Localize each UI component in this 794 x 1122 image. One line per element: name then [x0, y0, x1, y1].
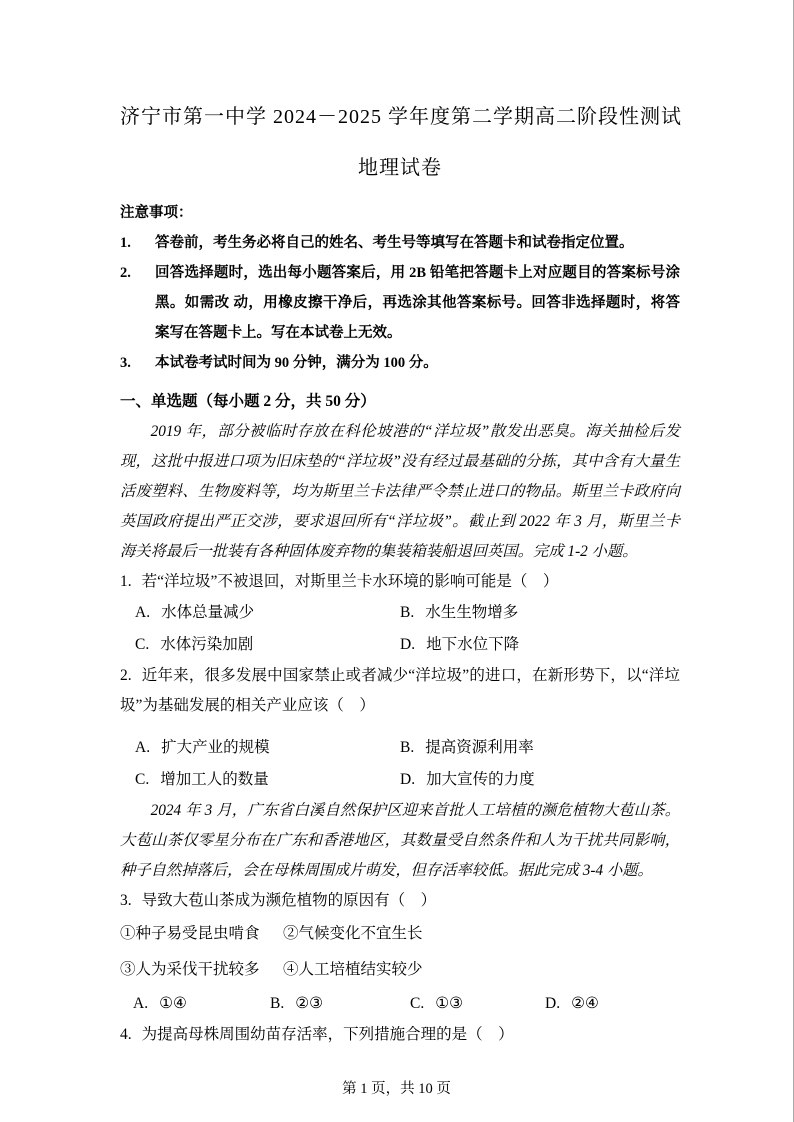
- option-d: D.②④: [545, 988, 680, 1020]
- option-letter: B.: [400, 739, 414, 756]
- option-text: 水体总量减少: [161, 604, 254, 621]
- option-c: C.水体污染加剧: [135, 629, 400, 661]
- question-3-text: 3.导致大苞山茶成为濒危植物的原因有（ ）: [120, 886, 680, 916]
- question-2-options: A.扩大产业的规模 B.提高资源利用率 C.增加工人的数量 D.加大宣传的力度: [120, 732, 680, 796]
- statement-3: ③人为采伐干扰较多: [120, 952, 283, 988]
- option-c: C.①③: [410, 988, 545, 1020]
- passage-camellia: 2024 年 3 月，广东省白溪自然保护区迎来首批人工培植的濒危植物大苞山茶。大…: [120, 796, 680, 886]
- option-b: B.②③: [270, 988, 410, 1020]
- question-3: 3.导致大苞山茶成为濒危植物的原因有（ ） ①种子易受昆虫啃食 ②气候变化不宜生…: [120, 886, 680, 1020]
- notice-item-number: 3.: [120, 348, 155, 378]
- question-2: 2.近年来，很多发展中国家禁止或者减少“洋垃圾”的进口，在新形势下，以“洋垃圾”…: [120, 661, 680, 796]
- page-footer: 第 1 页，共 10 页: [0, 1077, 793, 1098]
- option-b: B.水生生物增多: [400, 597, 680, 629]
- option-letter: A.: [135, 604, 150, 621]
- option-d: D.地下水位下降: [400, 629, 680, 661]
- notice-heading: 注意事项：: [120, 198, 680, 228]
- exam-paper-page: 济宁市第一中学 2024－2025 学年度第二学期高二阶段性测试 地理试卷 注意…: [0, 0, 794, 1122]
- option-a: A.扩大产业的规模: [135, 732, 400, 764]
- option-d: D.加大宣传的力度: [400, 764, 680, 796]
- option-letter: D.: [545, 995, 560, 1012]
- option-letter: C.: [410, 995, 424, 1012]
- question-stem: 导致大苞山茶成为濒危植物的原因有（ ）: [142, 892, 437, 909]
- option-text: 扩大产业的规模: [161, 739, 270, 756]
- option-letter: C.: [135, 636, 149, 653]
- question-number: 3.: [120, 892, 132, 909]
- statement-1: ①种子易受昆虫啃食: [120, 916, 283, 952]
- option-text: 提高资源利用率: [425, 739, 534, 756]
- option-a: A.水体总量减少: [135, 597, 400, 629]
- option-text: ①④: [159, 995, 187, 1012]
- option-text: 加大宣传的力度: [426, 771, 535, 788]
- notice-section: 注意事项： 1. 答卷前，考生务必将自己的姓名、考生号等填写在答题卡和试卷指定位…: [120, 198, 680, 378]
- notice-item-text: 回答选择题时，选出每小题答案后，用 2B 铅笔把答题卡上对应题目的答案标号涂黑。…: [155, 258, 680, 348]
- option-letter: D.: [400, 771, 415, 788]
- option-a: A.①④: [133, 988, 270, 1020]
- notice-item-number: 1.: [120, 228, 155, 258]
- question-4: 4.为提高母株周围幼苗存活率，下列措施合理的是（ ）: [120, 1020, 680, 1050]
- question-1-text: 1.若“洋垃圾”不被退回，对斯里兰卡水环境的影响可能是（ ）: [120, 567, 680, 597]
- notice-item-1: 1. 答卷前，考生务必将自己的姓名、考生号等填写在答题卡和试卷指定位置。: [120, 228, 680, 258]
- option-text: ①③: [435, 995, 463, 1012]
- question-1: 1.若“洋垃圾”不被退回，对斯里兰卡水环境的影响可能是（ ） A.水体总量减少 …: [120, 567, 680, 661]
- option-text: ②③: [295, 995, 323, 1012]
- passage-ocean-garbage: 2019 年，部分被临时存放在科伦坡港的“洋垃圾”散发出恶臭。海关抽检后发现，这…: [120, 417, 680, 567]
- option-letter: B.: [270, 995, 284, 1012]
- option-letter: B.: [400, 604, 414, 621]
- notice-item-2: 2. 回答选择题时，选出每小题答案后，用 2B 铅笔把答题卡上对应题目的答案标号…: [120, 258, 680, 348]
- option-text: 地下水位下降: [426, 636, 519, 653]
- option-c: C.增加工人的数量: [135, 764, 400, 796]
- question-stem: 近年来，很多发展中国家禁止或者减少“洋垃圾”的进口，在新形势下，以“洋垃圾”为基…: [120, 667, 680, 714]
- option-text: 增加工人的数量: [160, 771, 269, 788]
- notice-item-3: 3. 本试卷考试时间为 90 分钟，满分为 100 分。: [120, 348, 680, 378]
- question-number: 1.: [120, 573, 132, 590]
- page-subtitle: 地理试卷: [120, 151, 680, 185]
- statement-2: ②气候变化不宜生长: [283, 916, 680, 952]
- option-text: ②④: [571, 995, 599, 1012]
- option-b: B.提高资源利用率: [400, 732, 680, 764]
- question-4-text: 4.为提高母株周围幼苗存活率，下列措施合理的是（ ）: [120, 1020, 680, 1050]
- question-number: 2.: [120, 667, 132, 684]
- notice-item-number: 2.: [120, 258, 155, 348]
- question-3-statements: ①种子易受昆虫啃食 ②气候变化不宜生长 ③人为采伐干扰较多 ④人工培植结实较少: [120, 916, 680, 988]
- question-1-options: A.水体总量减少 B.水生生物增多 C.水体污染加剧 D.地下水位下降: [120, 597, 680, 661]
- notice-item-text: 本试卷考试时间为 90 分钟，满分为 100 分。: [155, 348, 680, 378]
- question-3-options: A.①④ B.②③ C.①③ D.②④: [120, 988, 680, 1020]
- question-number: 4.: [120, 1026, 132, 1043]
- question-2-text: 2.近年来，很多发展中国家禁止或者减少“洋垃圾”的进口，在新形势下，以“洋垃圾”…: [120, 661, 680, 721]
- question-stem: 为提高母株周围幼苗存活率，下列措施合理的是（ ）: [142, 1026, 514, 1043]
- notice-item-text: 答卷前，考生务必将自己的姓名、考生号等填写在答题卡和试卷指定位置。: [155, 228, 680, 258]
- page-title: 济宁市第一中学 2024－2025 学年度第二学期高二阶段性测试: [120, 100, 680, 134]
- statement-4: ④人工培植结实较少: [283, 952, 680, 988]
- option-letter: D.: [400, 636, 415, 653]
- option-letter: A.: [135, 739, 150, 756]
- page-content: 济宁市第一中学 2024－2025 学年度第二学期高二阶段性测试 地理试卷 注意…: [120, 0, 680, 1050]
- option-text: 水体污染加剧: [160, 636, 253, 653]
- section-heading-single-choice: 一、单选题（每小题 2 分，共 50 分）: [120, 387, 680, 417]
- option-letter: C.: [135, 771, 149, 788]
- option-letter: A.: [133, 995, 148, 1012]
- question-stem: 若“洋垃圾”不被退回，对斯里兰卡水环境的影响可能是（ ）: [142, 573, 559, 590]
- option-text: 水生生物增多: [425, 604, 518, 621]
